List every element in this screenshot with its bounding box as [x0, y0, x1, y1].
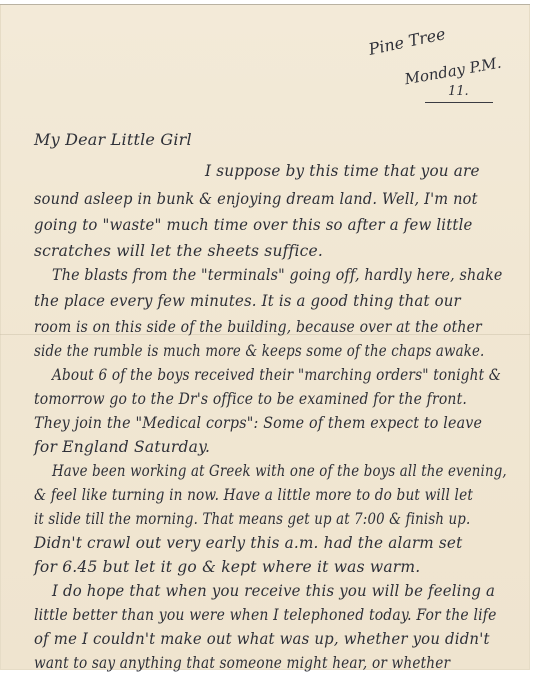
letter-line: I do hope that when you receive this you… — [52, 582, 495, 600]
paper-edge — [0, 4, 530, 5]
letter-paper: Pine Tree Monday P.M. 11. My Dear Little… — [0, 4, 530, 670]
letter-line: They join the "Medical corps": Some of t… — [34, 414, 482, 432]
letter-line: Have been working at Greek with one of t… — [52, 462, 507, 480]
letter-line: little better than you were when I telep… — [34, 606, 497, 624]
letter-line: side the rumble is much more & keeps som… — [34, 342, 484, 360]
letter-line: scratches will let the sheets suffice. — [34, 242, 323, 260]
heading-place: Pine Tree — [367, 24, 447, 59]
letter-line: room is on this side of the building, be… — [34, 318, 482, 336]
letter-line: About 6 of the boys received their "marc… — [52, 366, 501, 384]
letter-line: sound asleep in bunk & enjoying dream la… — [34, 190, 478, 208]
letter-line: The blasts from the "terminals" going of… — [52, 266, 503, 284]
letter-line: of me I couldn't make out what was up, w… — [34, 630, 490, 648]
letter-line: going to "waste" much time over this so … — [34, 216, 473, 234]
letter-line: I suppose by this time that you are — [205, 162, 480, 180]
heading-underline — [425, 102, 493, 103]
letter-line: tomorrow go to the Dr's office to be exa… — [34, 390, 467, 408]
salutation: My Dear Little Girl — [34, 130, 192, 149]
letter-line: the place every few minutes. It is a goo… — [34, 292, 461, 310]
letter-line: for England Saturday. — [34, 438, 210, 456]
letter-line: want to say anything that someone might … — [34, 654, 450, 672]
letter-line: for 6.45 but let it go & kept where it w… — [34, 558, 420, 576]
heading-date: 11. — [448, 84, 469, 99]
letter-line: & feel like turning in now. Have a littl… — [34, 486, 473, 504]
letter-line: Didn't crawl out very early this a.m. ha… — [34, 534, 462, 552]
letter-line: it slide till the morning. That means ge… — [34, 510, 470, 528]
